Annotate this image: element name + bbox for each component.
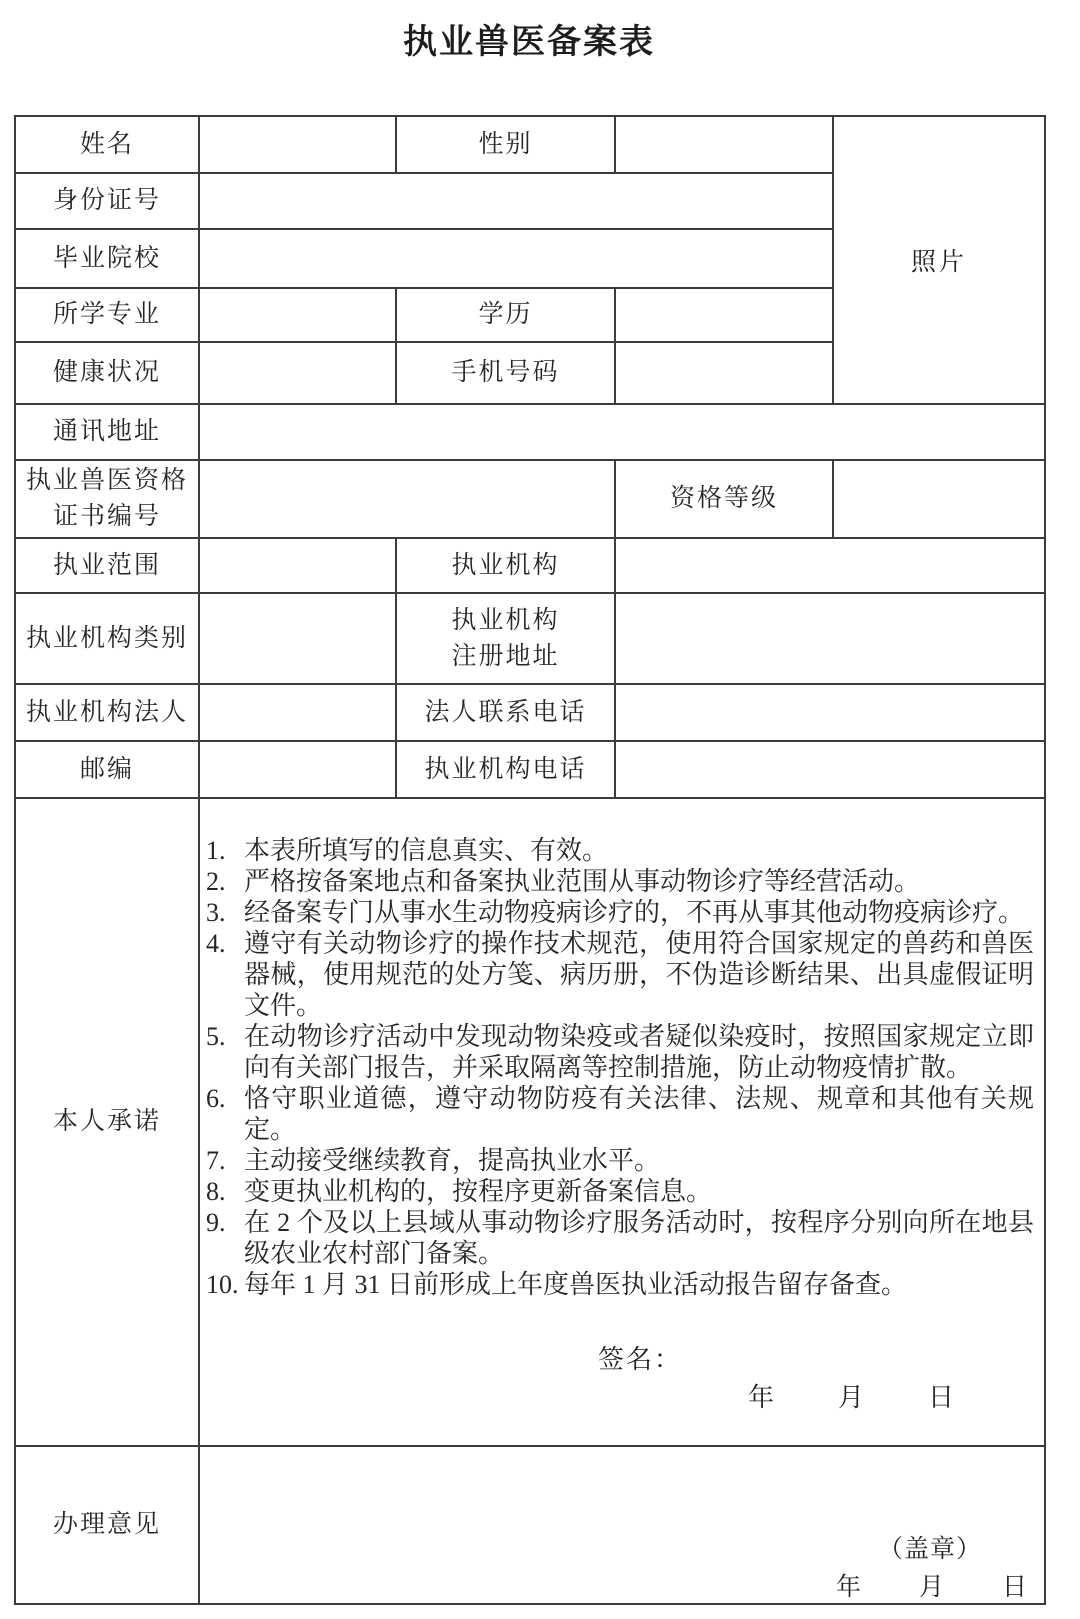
promise-item: 1.本表所填写的信息真实、有效。 — [206, 835, 1034, 866]
qualification-level-label: 资格等级 — [615, 460, 833, 538]
mobile-input[interactable] — [615, 342, 833, 404]
practice-org-label: 执业机构 — [396, 538, 615, 593]
promise-item: 3.经备案专门从事水生动物疫病诊疗的，不再从事其他动物疫病诊疗。 — [206, 897, 1034, 928]
cert-number-input[interactable] — [199, 460, 615, 538]
promise-list: 1.本表所填写的信息真实、有效。 2.严格按备案地点和备案执业范围从事动物诊疗等… — [200, 799, 1044, 1300]
org-legal-person-label: 执业机构法人 — [15, 684, 199, 741]
promise-item-text: 经备案专门从事水生动物疫病诊疗的，不再从事其他动物疫病诊疗。 — [244, 897, 1034, 928]
signature-label: 签名： — [598, 1339, 682, 1376]
page-title: 执业兽医备案表 — [14, 14, 1044, 63]
mobile-label: 手机号码 — [396, 342, 615, 404]
org-registered-address-label: 执业机构 注册地址 — [396, 593, 615, 684]
opinion-date-day: 日 — [1002, 1567, 1027, 1603]
org-phone-label: 执业机构电话 — [396, 741, 615, 798]
promise-item-number: 1. — [206, 835, 244, 866]
major-label: 所学专业 — [15, 288, 199, 342]
postal-code-label: 邮编 — [15, 741, 199, 798]
education-label: 学历 — [396, 288, 615, 342]
qualification-level-input[interactable] — [833, 460, 1045, 538]
photo-box[interactable]: 照片 — [833, 116, 1045, 404]
org-category-label: 执业机构类别 — [15, 593, 199, 684]
promise-item-number: 10. — [206, 1269, 244, 1300]
promise-item-text: 主动接受继续教育，提高执业水平。 — [244, 1145, 1034, 1176]
stamp-placeholder: （盖章） — [878, 1529, 982, 1565]
name-input[interactable] — [199, 116, 396, 173]
postal-code-input[interactable] — [199, 741, 396, 798]
promise-item-text: 每年 1 月 31 日前形成上年度兽医执业活动报告留存备查。 — [244, 1269, 1034, 1300]
graduate-school-label: 毕业院校 — [15, 229, 199, 288]
org-category-input[interactable] — [199, 593, 396, 684]
gender-label: 性别 — [396, 116, 615, 173]
promise-item: 9.在 2 个及以上县域从事动物诊疗服务活动时，按程序分别向所在地县级农业农村部… — [206, 1207, 1034, 1269]
promise-item-number: 7. — [206, 1145, 244, 1176]
promise-item-number: 6. — [206, 1083, 244, 1114]
signature-date-month: 月 — [838, 1377, 864, 1414]
opinion-date-year: 年 — [836, 1567, 861, 1603]
promise-item-text: 严格按备案地点和备案执业范围从事动物诊疗等经营活动。 — [244, 866, 1034, 897]
promise-item: 4.遵守有关动物诊疗的操作技术规范，使用符合国家规定的兽药和兽医器械，使用规范的… — [206, 928, 1034, 1021]
promise-item-number: 9. — [206, 1207, 244, 1238]
promise-item: 10.每年 1 月 31 日前形成上年度兽医执业活动报告留存备查。 — [206, 1269, 1034, 1300]
promise-item: 7.主动接受继续教育，提高执业水平。 — [206, 1145, 1034, 1176]
signature-date-year: 年 — [748, 1377, 774, 1414]
promise-label: 本人承诺 — [15, 798, 199, 1446]
gender-input[interactable] — [615, 116, 833, 173]
mailing-address-input[interactable] — [199, 404, 1045, 460]
org-phone-input[interactable] — [615, 741, 1045, 798]
promise-item-text: 变更执业机构的，按程序更新备案信息。 — [244, 1176, 1034, 1207]
org-registered-address-input[interactable] — [615, 593, 1045, 684]
graduate-school-input[interactable] — [199, 229, 833, 288]
health-status-input[interactable] — [199, 342, 396, 404]
mailing-address-label: 通讯地址 — [15, 404, 199, 460]
opinion-content-cell[interactable]: （盖章） 年 月 日 — [199, 1446, 1045, 1604]
promise-item: 5.在动物诊疗活动中发现动物染疫或者疑似染疫时，按照国家规定立即向有关部门报告，… — [206, 1021, 1034, 1083]
promise-item: 8.变更执业机构的，按程序更新备案信息。 — [206, 1176, 1034, 1207]
promise-item-number: 5. — [206, 1021, 244, 1052]
promise-item-text: 遵守有关动物诊疗的操作技术规范，使用符合国家规定的兽药和兽医器械，使用规范的处方… — [244, 928, 1034, 1021]
signature-date-line: 年 月 日 — [748, 1377, 954, 1414]
health-status-label: 健康状况 — [15, 342, 199, 404]
opinion-label: 办理意见 — [15, 1446, 199, 1604]
registration-form-table: 姓名 性别 照片 身份证号 毕业院校 所学专业 学历 健康状况 手机号码 通讯地… — [14, 115, 1046, 1605]
id-number-label: 身份证号 — [15, 173, 199, 229]
promise-content-cell: 1.本表所填写的信息真实、有效。 2.严格按备案地点和备案执业范围从事动物诊疗等… — [199, 798, 1045, 1446]
major-input[interactable] — [199, 288, 396, 342]
opinion-date-month: 月 — [919, 1567, 944, 1603]
promise-item: 6.恪守职业道德，遵守动物防疫有关法律、法规、规章和其他有关规定。 — [206, 1083, 1034, 1145]
promise-item-number: 2. — [206, 866, 244, 897]
cert-number-label: 执业兽医资格 证书编号 — [15, 460, 199, 538]
practice-org-input[interactable] — [615, 538, 1045, 593]
signature-date-day: 日 — [928, 1377, 954, 1414]
promise-item-text: 在动物诊疗活动中发现动物染疫或者疑似染疫时，按照国家规定立即向有关部门报告，并采… — [244, 1021, 1034, 1083]
name-label: 姓名 — [15, 116, 199, 173]
id-number-input[interactable] — [199, 173, 833, 229]
promise-item: 2.严格按备案地点和备案执业范围从事动物诊疗等经营活动。 — [206, 866, 1034, 897]
practice-scope-input[interactable] — [199, 538, 396, 593]
education-input[interactable] — [615, 288, 833, 342]
promise-item-text: 在 2 个及以上县域从事动物诊疗服务活动时，按程序分别向所在地县级农业农村部门备… — [244, 1207, 1034, 1269]
promise-item-text: 本表所填写的信息真实、有效。 — [244, 835, 1034, 866]
legal-person-phone-label: 法人联系电话 — [396, 684, 615, 741]
legal-person-phone-input[interactable] — [615, 684, 1045, 741]
practice-scope-label: 执业范围 — [15, 538, 199, 593]
promise-item-number: 8. — [206, 1176, 244, 1207]
promise-item-number: 3. — [206, 897, 244, 928]
org-legal-person-input[interactable] — [199, 684, 396, 741]
opinion-date-line: 年 月 日 — [836, 1567, 1027, 1603]
promise-item-number: 4. — [206, 928, 244, 959]
promise-item-text: 恪守职业道德，遵守动物防疫有关法律、法规、规章和其他有关规定。 — [244, 1083, 1034, 1145]
